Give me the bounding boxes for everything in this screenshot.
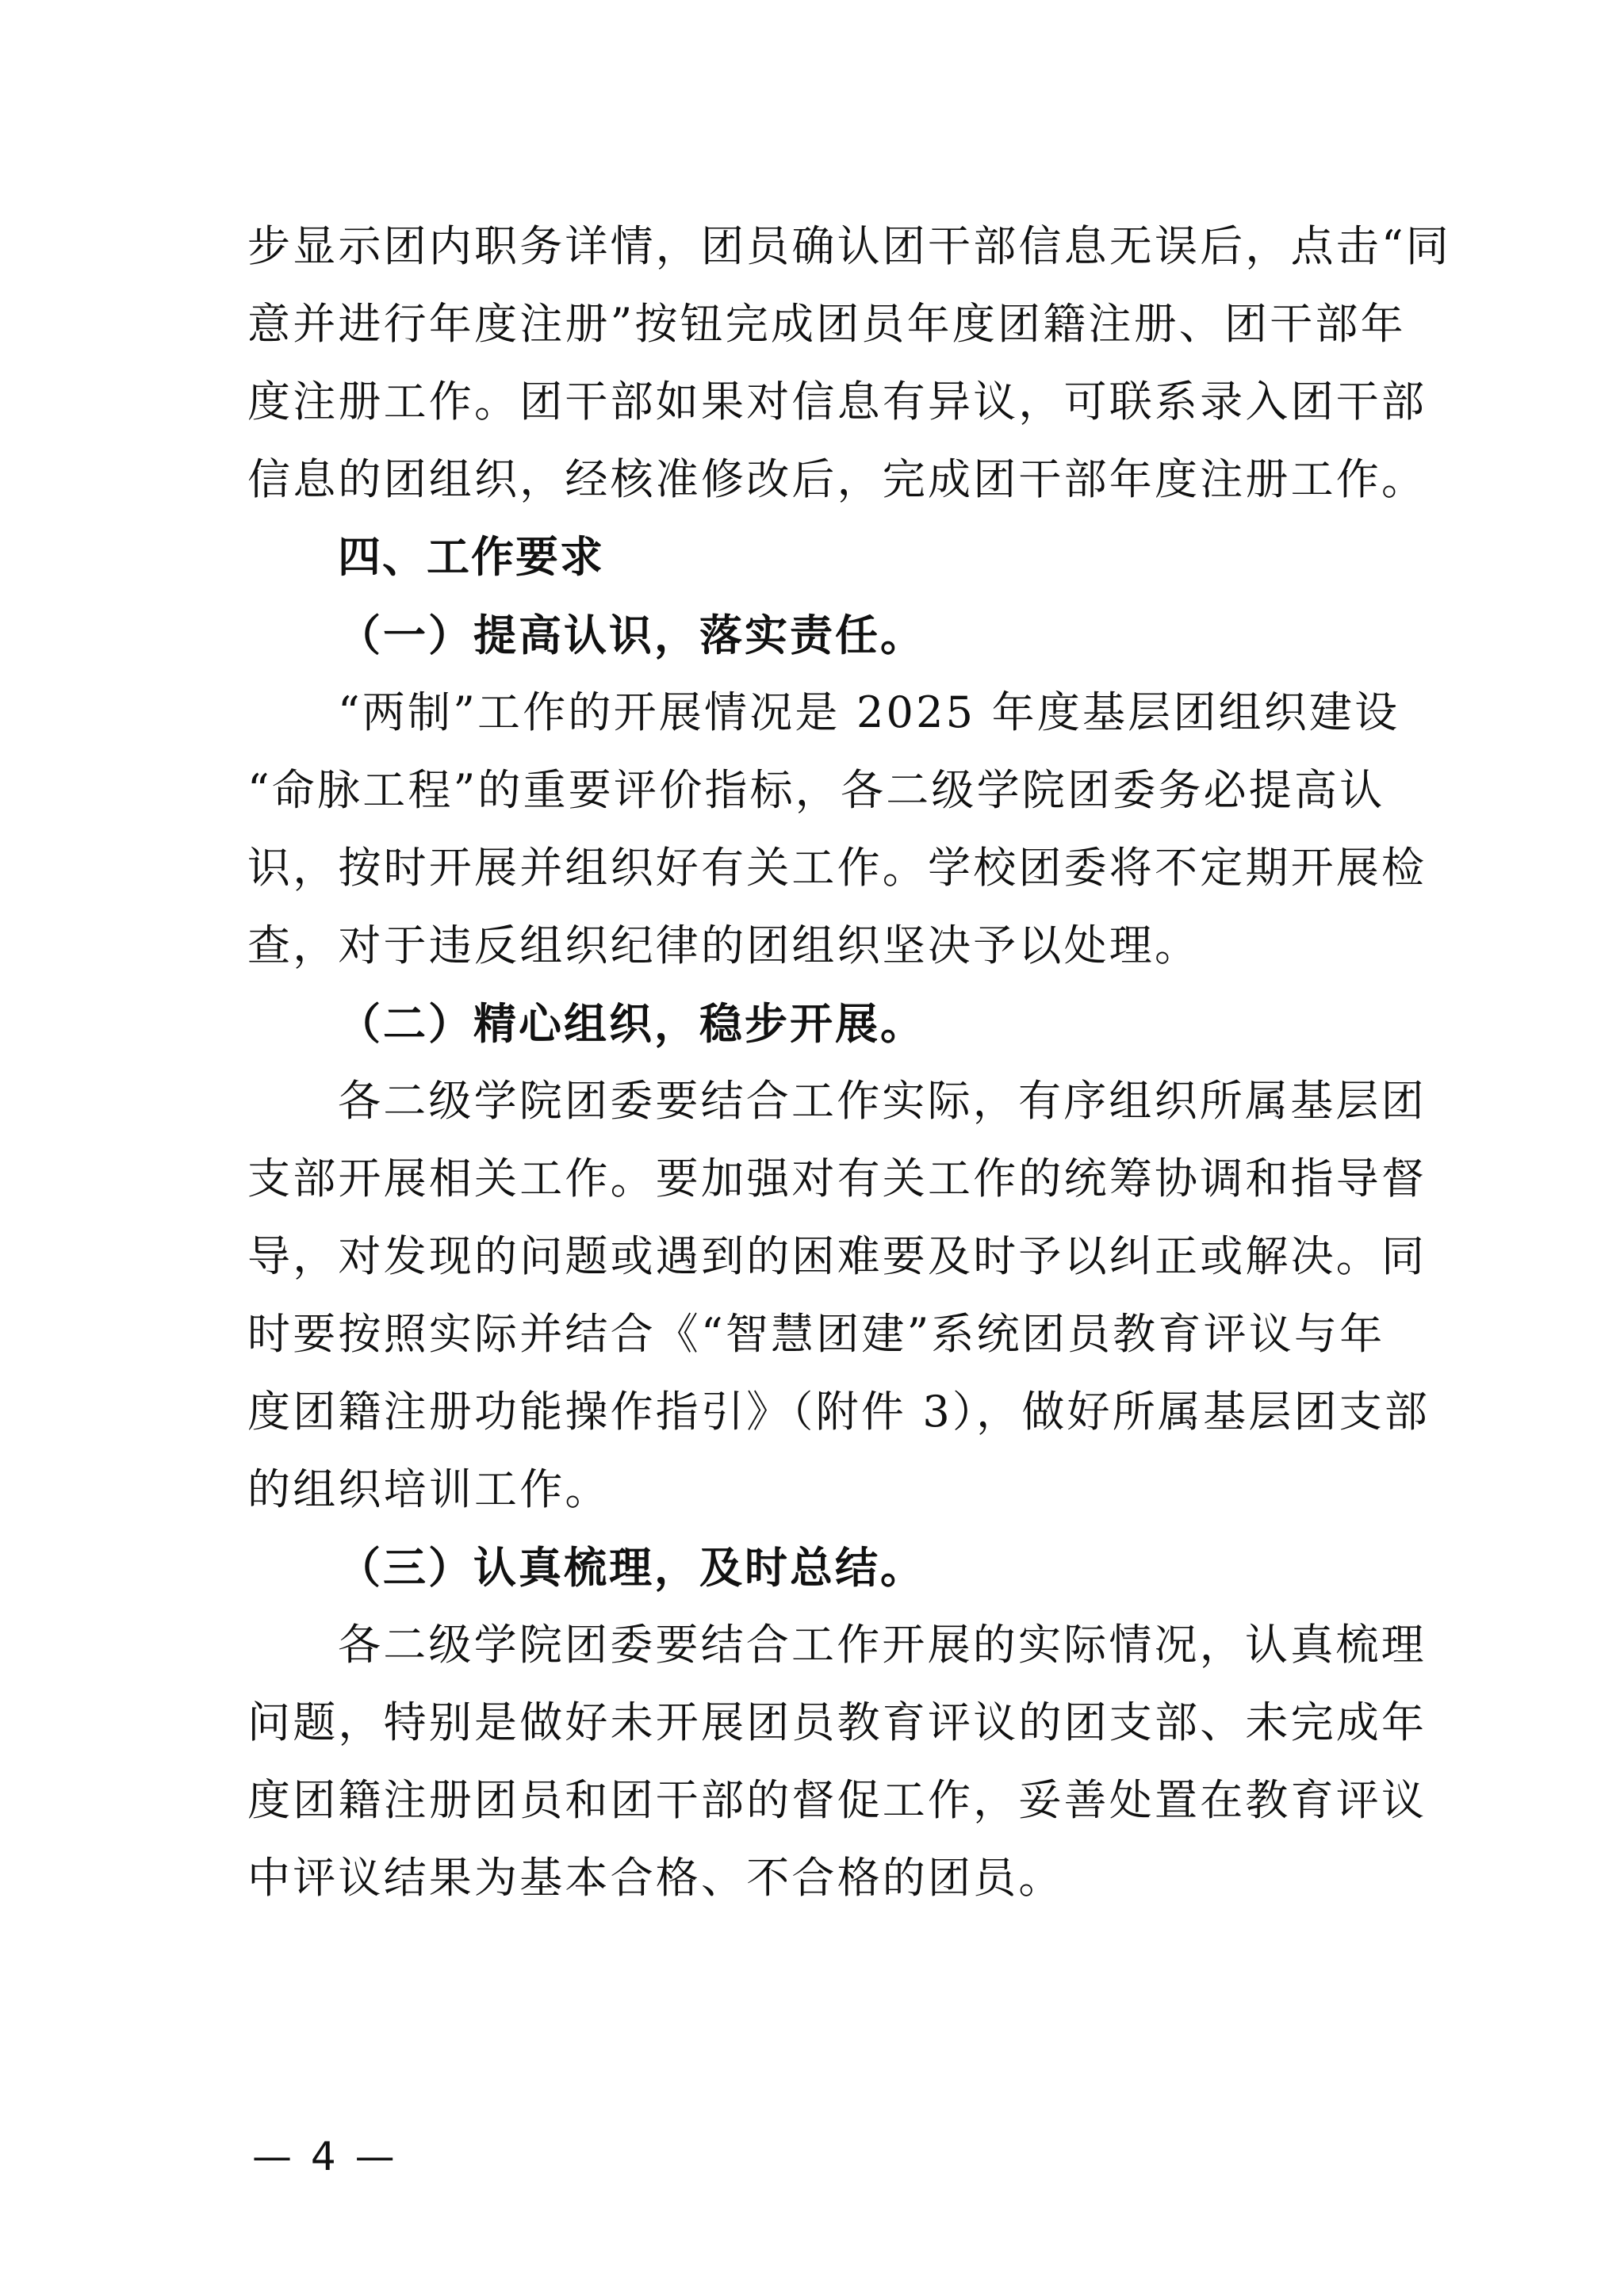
text-line: 时要按照实际并结合《“智慧团建”系统团员教育评议与年	[247, 1295, 1383, 1373]
text-line: 导，对发现的问题或遇到的困难要及时予以纠正或解决。同	[247, 1218, 1383, 1295]
text-line: 意并进行年度注册”按钮完成团员年度团籍注册、团干部年	[247, 285, 1383, 363]
text-line: 步显示团内职务详情，团员确认团干部信息无误后，点击“同	[247, 208, 1383, 285]
text-line: “两制”工作的开展情况是 2025 年度基层团组织建设	[247, 674, 1383, 752]
text-line: 问题，特别是做好未开展团员教育评议的团支部、未完成年	[247, 1684, 1383, 1762]
subheading-raise-awareness: （一）提高认识，落实责任。	[247, 596, 1383, 674]
text-line: 识，按时开展并组织好有关工作。学校团委将不定期开展检	[247, 829, 1383, 907]
text-line: 度注册工作。团干部如果对信息有异议，可联系录入团干部	[247, 363, 1383, 441]
text-line: 各二级学院团委要结合工作实际，有序组织所属基层团	[247, 1062, 1383, 1140]
paragraph-careful-organization: 各二级学院团委要结合工作实际，有序组织所属基层团 支部开展相关工作。要加强对有关…	[247, 1062, 1383, 1529]
subheading-careful-organization: （二）精心组织，稳步开展。	[247, 985, 1383, 1062]
section-heading-work-requirements: 四、工作要求	[247, 519, 1383, 596]
text-line: 度团籍注册团员和团干部的督促工作，妥善处置在教育评议	[247, 1762, 1383, 1839]
paragraph-raise-awareness: “两制”工作的开展情况是 2025 年度基层团组织建设 “命脉工程”的重要评价指…	[247, 674, 1383, 985]
page-number: — 4 —	[252, 2131, 398, 2182]
text-line: 支部开展相关工作。要加强对有关工作的统筹协调和指导督	[247, 1140, 1383, 1218]
text-line: 度团籍注册功能操作指引》（附件 3），做好所属基层团支部	[247, 1373, 1383, 1451]
paragraph-continuation: 步显示团内职务详情，团员确认团干部信息无误后，点击“同 意并进行年度注册”按钮完…	[247, 208, 1383, 519]
paragraph-review-summarize: 各二级学院团委要结合工作开展的实际情况，认真梳理 问题，特别是做好未开展团员教育…	[247, 1606, 1383, 1917]
subheading-review-summarize: （三）认真梳理，及时总结。	[247, 1529, 1383, 1606]
text-line: “命脉工程”的重要评价指标，各二级学院团委务必提高认	[247, 752, 1383, 829]
text-line: 查，对于违反组织纪律的团组织坚决予以处理。	[247, 907, 1383, 985]
text-line: 的组织培训工作。	[247, 1451, 1383, 1529]
document-page: 步显示团内职务详情，团员确认团干部信息无误后，点击“同 意并进行年度注册”按钮完…	[0, 0, 1624, 2296]
document-body: 步显示团内职务详情，团员确认团干部信息无误后，点击“同 意并进行年度注册”按钮完…	[247, 208, 1383, 1917]
text-line: 各二级学院团委要结合工作开展的实际情况，认真梳理	[247, 1606, 1383, 1684]
text-line: 信息的团组织，经核准修改后，完成团干部年度注册工作。	[247, 441, 1383, 519]
text-line: 中评议结果为基本合格、不合格的团员。	[247, 1839, 1383, 1917]
